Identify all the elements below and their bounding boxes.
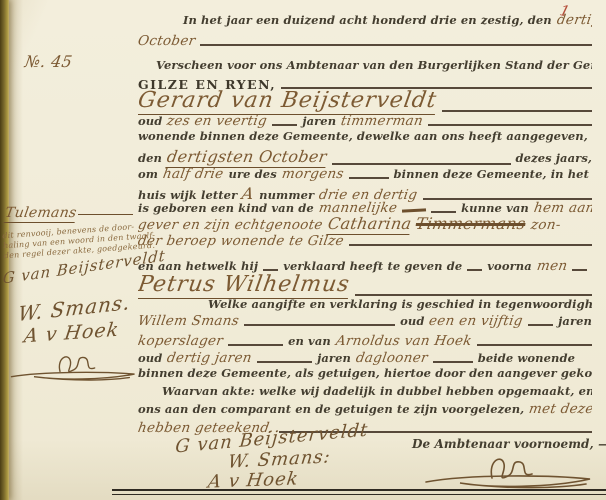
ruled-blank-line	[467, 269, 482, 270]
closing-line-1: Waarvan akte: welke wij dadelijk in dubb…	[138, 384, 592, 398]
month-line: October	[138, 33, 592, 49]
printed-text: verklaard heeft te geven de	[283, 259, 462, 273]
mother-line: gever en zijn echtgenoote Catharina Timm…	[138, 214, 592, 235]
handwritten-text: met dezelve	[528, 401, 592, 417]
ruled-blank-line	[528, 324, 553, 325]
printed-text: dezes jaars,	[516, 151, 592, 165]
ruled-blank-line	[332, 163, 511, 164]
printed-text: oud	[138, 351, 162, 365]
printed-text: jaren	[317, 351, 351, 365]
margin-paraph-signature	[8, 348, 138, 388]
residence-line: wonende binnen deze Gemeente, dewelke aa…	[138, 129, 592, 143]
ruled-blank-line	[572, 269, 587, 270]
official-label: De Ambtenaar voornoemd, —	[412, 437, 606, 451]
printed-text: oud	[400, 314, 424, 328]
bottom-border-rule	[112, 489, 606, 495]
document-page: 1 In het jaar een duizend acht honderd d…	[0, 0, 606, 500]
printed-text: en van	[288, 334, 331, 348]
ruled-blank-line	[257, 361, 312, 362]
margin-correction-name: Tulemans	[4, 205, 78, 223]
printed-text: den	[138, 151, 162, 165]
printed-text: ons aan den comparant en de getuigen te …	[138, 402, 524, 416]
printed-text: kunne van	[461, 201, 529, 215]
witness1-name: Willem Smans	[138, 313, 240, 329]
mother-crossed-surname: Timmermans	[415, 214, 527, 233]
printed-text: jaren	[302, 114, 336, 128]
ruled-blank-line	[431, 211, 456, 212]
witness2-age: dertig jaren	[166, 350, 253, 366]
ruled-blank-line	[477, 344, 592, 345]
witness2-age-line: oud dertig jaren jaren daglooner beide w…	[138, 350, 592, 366]
printed-text: wonende binnen deze Gemeente, dewelke aa…	[138, 129, 592, 143]
handwritten-text: gever en zijn echtgenoote	[138, 217, 324, 233]
declarant-age: zes en veertig	[166, 113, 268, 129]
registrar-line: Verscheen voor ons Ambtenaar van den Bur…	[138, 58, 592, 72]
act-number: №. 45	[23, 52, 73, 71]
witness1-occupation-line: koperslager en van Arnoldus van Hoek	[138, 333, 592, 349]
printed-text: binnen deze Gemeente, in het	[394, 167, 589, 181]
declarant-name-line: Gerard van Beijsterveldt	[138, 88, 592, 115]
ruled-blank-line	[244, 324, 395, 325]
printed-text: voorna	[487, 259, 532, 273]
child-name: Petrus Wilhelmus	[138, 272, 352, 299]
witness-intro-line: Welke aangifte en verklaring is geschied…	[138, 297, 592, 311]
printed-text: Welke aangifte en verklaring is geschied…	[208, 297, 592, 311]
witness1-age: een en vijftig	[428, 313, 524, 329]
printed-text: ure des	[229, 167, 277, 181]
ruled-blank-line	[263, 269, 278, 270]
declarant-occupation: timmerman	[340, 113, 425, 129]
printed-text: Verscheen voor ons Ambtenaar van den Bur…	[156, 58, 592, 72]
printed-text: binnen deze Gemeente, als getuigen, hier…	[138, 366, 592, 380]
ruled-blank-line	[272, 124, 297, 125]
printed-text: jaren	[558, 314, 592, 328]
witness2-occupation: daglooner	[355, 350, 429, 366]
ruled-blank-line	[433, 361, 473, 362]
printed-text: oud	[138, 114, 162, 128]
child-name-line: Petrus Wilhelmus	[138, 272, 592, 299]
ruled-blank-line	[78, 214, 133, 215]
birth-time: half drie	[162, 166, 225, 182]
witness1-line: Willem Smans oud een en vijftig jaren	[138, 313, 592, 329]
declarant-age-occupation-line: oud zes en veertig jaren timmerman	[138, 113, 592, 129]
closing-line-2: ons aan den comparant en de getuigen te …	[138, 401, 592, 417]
handwritten-month: October	[138, 33, 197, 49]
ruled-blank-line	[349, 244, 592, 245]
birth-time-line: om half drie ure des morgens binnen deze…	[138, 166, 592, 182]
ruled-blank-line	[200, 44, 592, 45]
handwritten-text: zon-	[529, 217, 561, 233]
crossed-out-word	[402, 208, 426, 212]
printed-text: In het jaar een duizend acht honderd dri…	[183, 13, 552, 27]
birth-date: dertigsten October	[165, 147, 328, 168]
year-date-line: In het jaar een duizend acht honderd dri…	[138, 12, 592, 28]
ruled-blank-line	[442, 110, 592, 111]
ruled-blank-line	[349, 177, 389, 178]
printed-text: beide wonende	[478, 351, 575, 365]
witness2-name: Arnoldus van Hoek	[335, 333, 473, 349]
time-of-day: morgens	[281, 166, 345, 182]
mother-first-name: Catharina	[326, 214, 413, 235]
ruled-blank-line	[428, 124, 592, 125]
ruled-blank-line	[228, 344, 283, 345]
declarant-name: Gerard van Beijsterveldt	[138, 88, 439, 115]
printed-text: om	[138, 167, 158, 181]
handwritten-text: der beroep wonende te Gilze	[138, 233, 345, 249]
birth-date-line: den dertigsten October dezes jaars,	[138, 147, 592, 168]
official-paraph-signature	[420, 452, 595, 494]
printed-text: Waarvan akte: welke wij dadelijk in dubb…	[162, 384, 592, 398]
mother-occupation-line: der beroep wonende te Gilze	[138, 233, 592, 249]
handwritten-day: dertigsten	[555, 12, 592, 28]
ruled-blank-line	[355, 294, 593, 295]
witnesses-residence-line: binnen deze Gemeente, als getuigen, hier…	[138, 366, 592, 380]
witness1-occupation: koperslager	[138, 333, 224, 349]
printed-text: is geboren een kind van de	[138, 201, 314, 215]
